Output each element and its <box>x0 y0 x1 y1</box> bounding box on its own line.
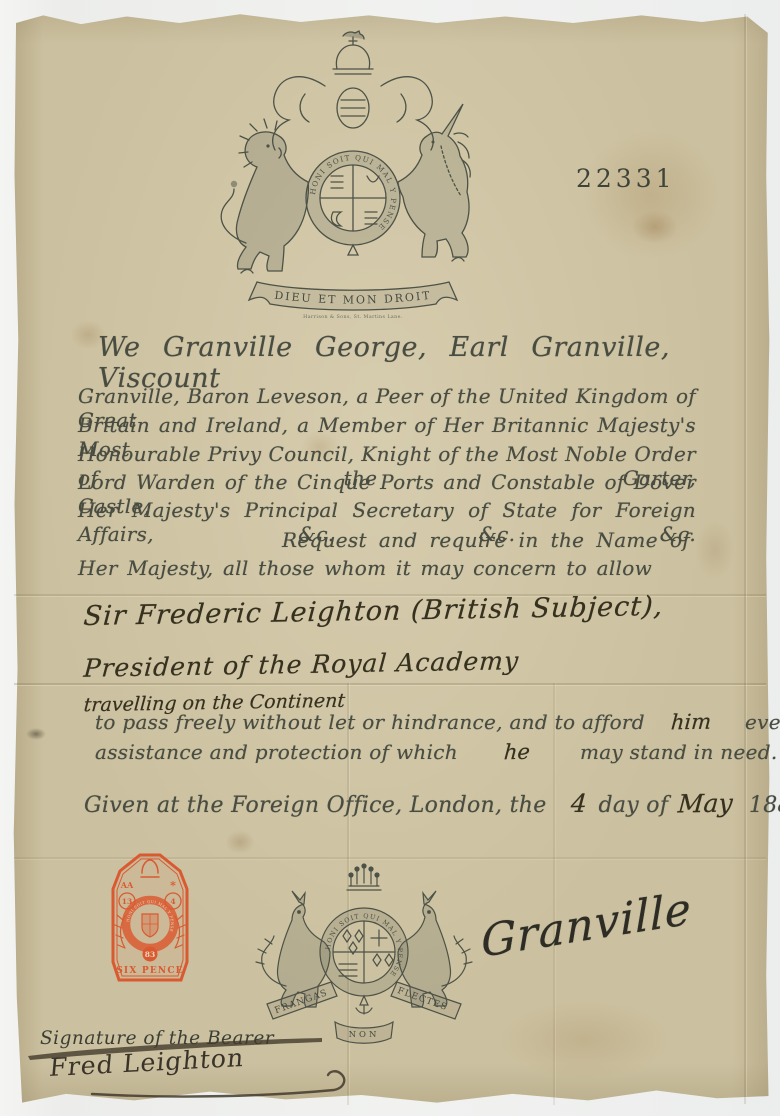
issue-printed: Given at the Foreign Office, London, the <box>84 793 547 818</box>
stamp-check-mark: * <box>170 879 176 892</box>
issue-day-entry: 4 <box>570 789 588 818</box>
issue-printed: day of <box>598 793 668 818</box>
stamp-number-left: 13 <box>122 897 132 906</box>
crown-icon <box>333 37 373 74</box>
body-line: Her Majesty, all those whom it may conce… <box>78 556 652 580</box>
body-line: Request and require in the Name of <box>282 528 690 552</box>
scanned-passport-document: { "colors":{"paper":"#cbc09f","ink":"#48… <box>0 0 780 1116</box>
stamp-denomination: SIX PENCE <box>116 966 184 976</box>
granville-arms-engraving <box>256 864 472 1043</box>
clause-printed: may stand in need. <box>580 740 778 764</box>
clause-line: assistance and protection of which he ma… <box>95 740 778 764</box>
issue-year-printed: 188 <box>749 793 780 818</box>
issue-line: Given at the Foreign Office, London, the… <box>84 788 780 819</box>
stamp-check-letters: AA <box>120 880 134 890</box>
fold-crease <box>14 683 766 685</box>
revenue-stamp: HONI SOIT QUI MAL Y PENSE AA * 13 4 83 S… <box>99 846 201 986</box>
clause-printed: to pass freely without let or hindrance,… <box>95 710 645 734</box>
pronoun-entry: he <box>503 740 531 764</box>
ink-blot <box>26 728 46 740</box>
clause-printed: assistance and protection of which <box>95 740 458 764</box>
stamp-number-right: 4 <box>170 897 175 906</box>
helmet-icon <box>337 88 369 128</box>
royal-coat-of-arms: HONI SOIT QUI MAL Y PENSE <box>205 30 500 322</box>
crest-sprig <box>356 1006 372 1014</box>
unicorn-supporter-icon <box>398 104 470 257</box>
fold-crease <box>744 14 746 1104</box>
engraver-imprint: Harrison & Sons, St. Martins Lane. <box>303 314 403 320</box>
stamp-die-year: 83 <box>145 950 155 959</box>
royal-arms-engraving: HONI SOIT QUI MAL Y PENSE <box>221 31 470 310</box>
pronoun-entry: him <box>670 710 712 735</box>
lion-supporter-icon <box>221 119 308 271</box>
issue-month-entry: May <box>677 789 734 819</box>
document-number: 22331 <box>576 164 676 193</box>
coronet-icon <box>347 864 381 890</box>
clause-line: to pass freely without let or hindrance,… <box>95 710 780 734</box>
clause-printed: every <box>745 710 780 734</box>
